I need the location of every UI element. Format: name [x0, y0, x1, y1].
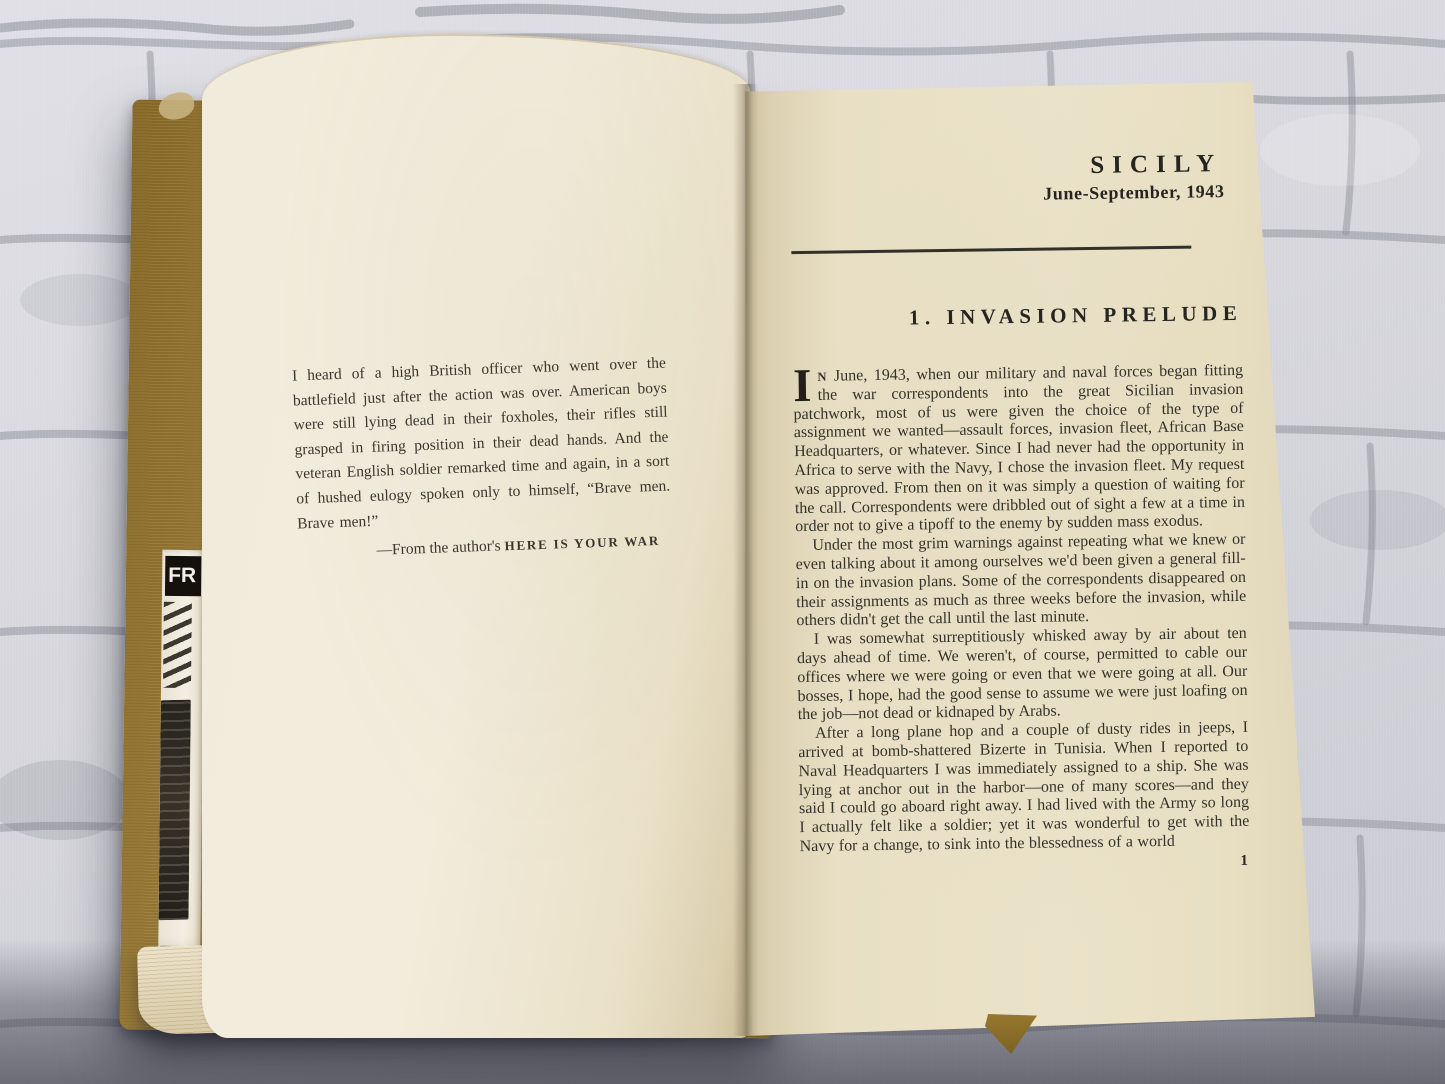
jacket-artwork	[159, 700, 191, 921]
attribution-prefix: —From the author's	[376, 537, 505, 558]
paragraph-1-text: June, 1943, when our military and naval …	[793, 362, 1245, 536]
drop-cap: I	[793, 368, 818, 404]
open-book-photo: FR I heard of a high British officer who…	[0, 0, 1445, 1084]
open-book: FR I heard of a high British officer who…	[0, 0, 1445, 1084]
epigraph-quote: I heard of a high British officer who we…	[292, 352, 672, 537]
book-gutter	[733, 84, 759, 1036]
paragraph-2: Under the most grim warnings against rep…	[795, 531, 1246, 631]
drop-cap-companion: N	[817, 370, 827, 384]
jacket-corner-label: FR	[165, 556, 201, 596]
section-dates: June-September, 1943	[790, 179, 1240, 209]
paragraph-4: After a long plane hop and a couple of d…	[798, 719, 1250, 857]
chapter-heading: 1. INVASION PRELUDE	[792, 300, 1242, 332]
jacket-artwork	[163, 602, 192, 688]
left-page: I heard of a high British officer who we…	[202, 34, 750, 1038]
paragraph-1: IN June, 1943, when our military and nav…	[793, 362, 1245, 537]
page-number: 1	[800, 853, 1250, 876]
epigraph-attribution: —From the author's HERE IS YOUR WAR	[298, 532, 672, 563]
paragraph-3: I was somewhat surreptitiously whisked a…	[797, 625, 1248, 725]
divider-rule	[791, 246, 1191, 255]
right-page-content: SICILY June-September, 1943 1. INVASION …	[790, 149, 1250, 876]
cover-corner	[985, 1014, 1037, 1054]
right-page: SICILY June-September, 1943 1. INVASION …	[745, 82, 1315, 1036]
attribution-book-title: HERE IS YOUR WAR	[504, 533, 660, 553]
epigraph-block: I heard of a high British officer who we…	[292, 352, 673, 563]
